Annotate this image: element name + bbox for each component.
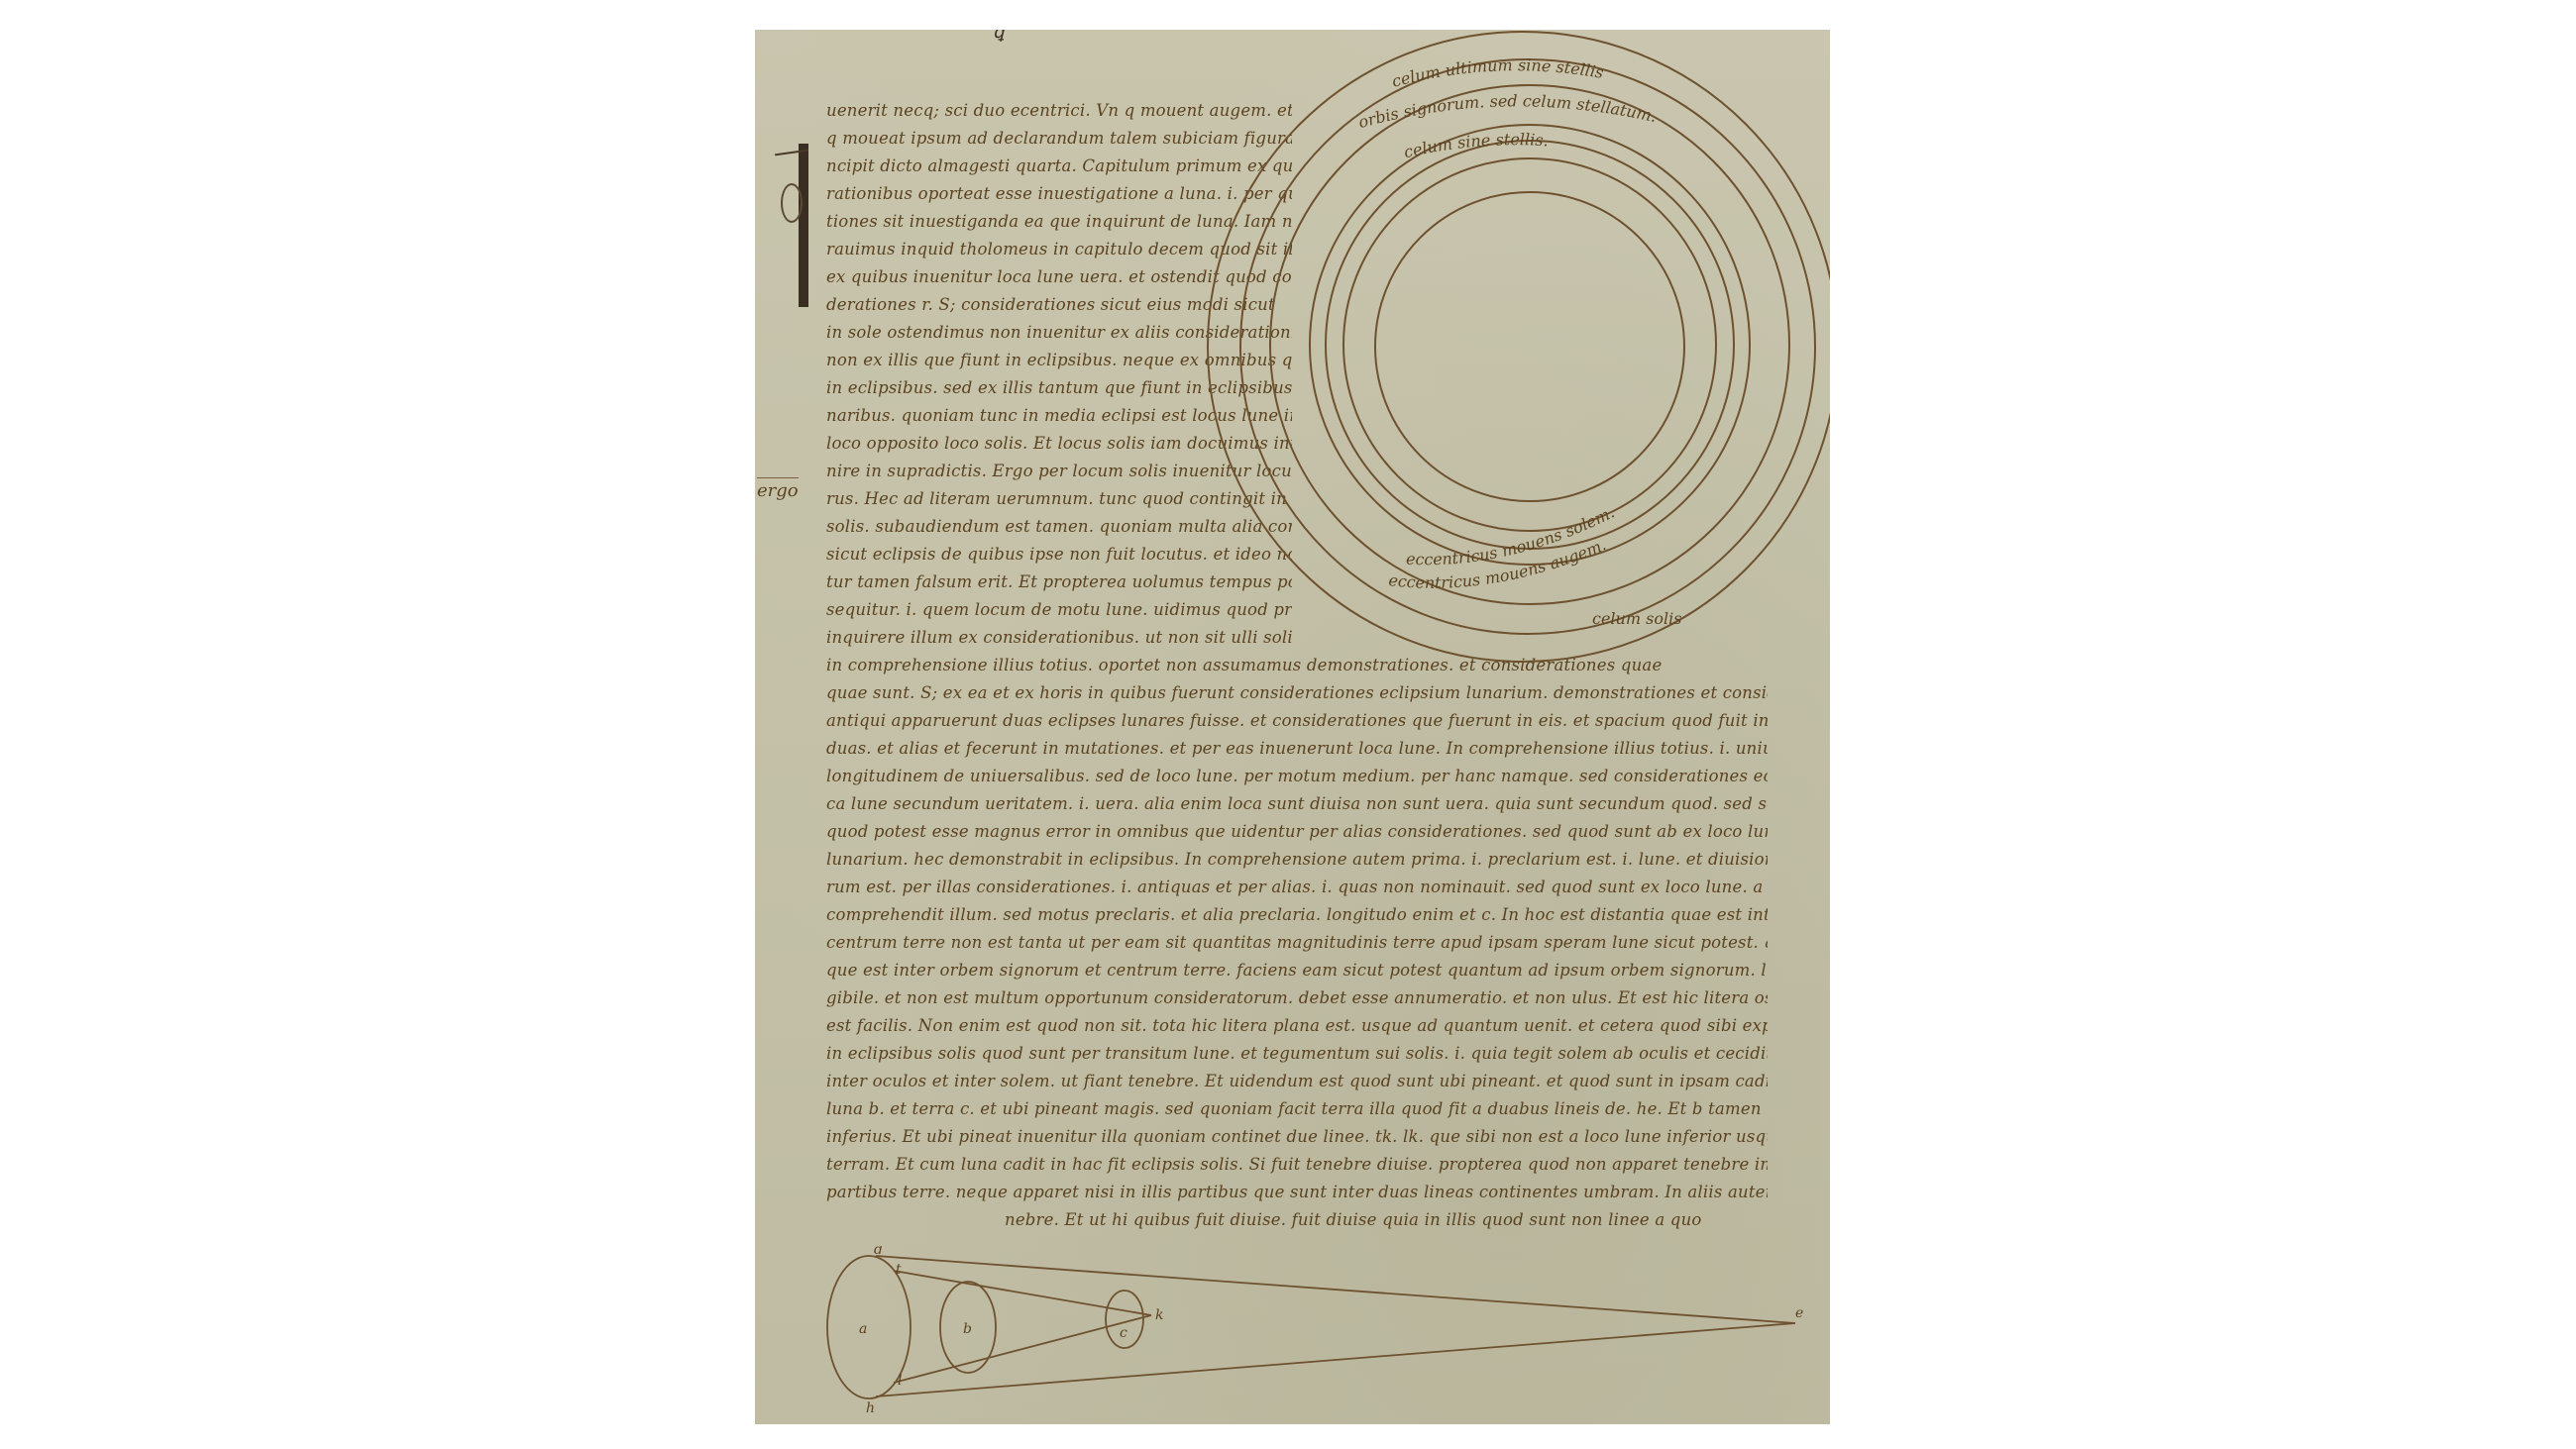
point-a: a	[859, 1321, 867, 1337]
text-line: gibile. et non est multum opportunum con…	[826, 984, 1768, 1014]
text-line: duas. et alias et fecerunt in mutationes…	[826, 735, 1768, 765]
text-line: partibus terre. neque apparet nisi in il…	[826, 1179, 1768, 1208]
circle-5	[1326, 141, 1734, 549]
image-viewer: ꝗ ergo uenerit necq; sci duo ecentrici. …	[0, 0, 2576, 1449]
point-l: l	[898, 1373, 902, 1389]
circle-innermost	[1375, 192, 1684, 501]
text-line: in eclipsibus solis quod sunt per transi…	[826, 1040, 1768, 1070]
text-line: antiqui apparuerunt duas eclipses lunare…	[826, 707, 1768, 737]
label-celum-sine-stellis: celum sine stellis.	[1402, 130, 1549, 161]
point-h: h	[866, 1400, 875, 1414]
text-line: quae sunt. S; ex ea et ex horis in quibu…	[826, 679, 1768, 709]
eclipse-diagram: a b c d h e k t l	[814, 1246, 1815, 1414]
point-k: k	[1155, 1307, 1163, 1323]
lower-inner-line	[894, 1315, 1151, 1383]
text-line: inter oculos et inter solem. ut fiant te…	[826, 1068, 1768, 1097]
cosmological-diagram: celum ultimum sine stellis orbis signoru…	[1181, 30, 1830, 683]
text-line: centrum terre non est tanta ut per eam s…	[826, 929, 1768, 959]
point-e: e	[1795, 1305, 1803, 1321]
circle-3	[1270, 85, 1789, 604]
manuscript-folio: ꝗ ergo uenerit necq; sci duo ecentrici. …	[755, 30, 1830, 1424]
text-line: nebre. Et ut hi quibus fuit diuise. fuit…	[1005, 1206, 1768, 1236]
text-line: est facilis. Non enim est quod non sit. …	[826, 1012, 1768, 1042]
lower-tangent-line	[876, 1323, 1795, 1397]
text-line: ca lune secundum ueritatem. i. uera. ali…	[826, 790, 1768, 820]
margin-note-ergo: ergo	[757, 477, 799, 501]
text-line: terram. Et cum luna cadit in hac fit ecl…	[826, 1151, 1768, 1181]
upper-tangent-line	[876, 1256, 1795, 1323]
text-line: inferius. Et ubi pineat inuenitur illa q…	[826, 1123, 1768, 1153]
text-line: rum est. per illas considerationes. i. a…	[826, 874, 1768, 903]
text-line: que est inter orbem signorum et centrum …	[826, 957, 1768, 986]
point-t: t	[896, 1262, 902, 1278]
text-line: longitudinem de uniuersalibus. sed de lo…	[826, 763, 1768, 792]
label-celum-solis: celum solis	[1592, 609, 1681, 628]
text-line: luna b. et terra c. et ubi pineant magis…	[826, 1095, 1768, 1125]
point-d: d	[874, 1246, 883, 1258]
top-scribble: ꝗ	[993, 30, 1004, 43]
text-line: quod potest esse magnus error in omnibus…	[826, 818, 1768, 848]
text-line: comprehendit illum. sed motus preclaris.…	[826, 901, 1768, 931]
text-line: lunarium. hec demonstrabit in eclipsibus…	[826, 846, 1768, 876]
upper-inner-line	[894, 1271, 1151, 1315]
point-c: c	[1120, 1325, 1127, 1341]
circle-6	[1343, 158, 1716, 531]
point-b: b	[963, 1321, 972, 1337]
